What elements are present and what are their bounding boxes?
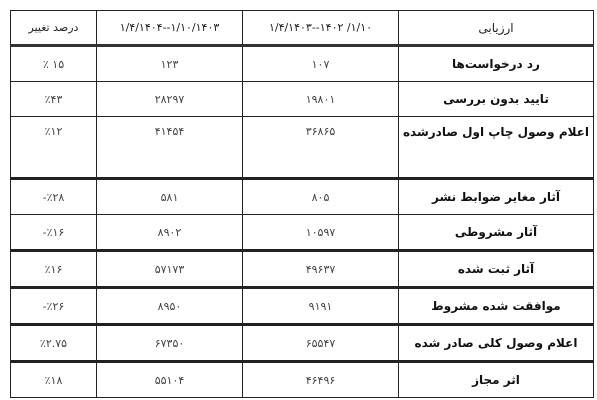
row-period-2-value: ۸۹۰۲ [97,215,243,251]
row-percent-change: ٪۱۶ [11,251,97,288]
row-period-1-value: ۴۹۶۳۷ [243,251,399,288]
table-row: آثار ثبت شده ۴۹۶۳۷ ۵۷۱۷۳ ٪۱۶ [11,251,594,288]
comparison-table-container: ارزیابی ۱/۴/۱۴۰۳--۱۴۰۲ /۱/۱۰ ۱/۴/۱۴۰۴--۱… [10,10,593,398]
row-period-2-value: ۶۷۳۵۰ [97,325,243,362]
row-label: آثار مغایر ضوابط نشر [399,179,594,215]
row-percent-change: -٪۲۶ [11,288,97,325]
row-period-2-value: ۴۱۴۵۴ [97,117,243,179]
row-percent-change: -٪۲۸ [11,179,97,215]
row-period-1-value: ۱۹۸۰۱ [243,82,399,117]
row-label: رد درخواست‌ها [399,46,594,82]
row-period-1-value: ۶۵۵۴۷ [243,325,399,362]
header-period-1: ۱/۴/۱۴۰۳--۱۴۰۲ /۱/۱۰ [243,11,399,46]
row-label: آثار مشروطی [399,215,594,251]
table-header-row: ارزیابی ۱/۴/۱۴۰۳--۱۴۰۲ /۱/۱۰ ۱/۴/۱۴۰۴--۱… [11,11,594,46]
row-period-1-value: ۴۶۴۹۶ [243,362,399,398]
table-row: اعلام وصول چاپ اول صادرشده ۳۶۸۶۵ ۴۱۴۵۴ ٪… [11,117,594,179]
evaluation-comparison-table: ارزیابی ۱/۴/۱۴۰۳--۱۴۰۲ /۱/۱۰ ۱/۴/۱۴۰۴--۱… [10,10,594,398]
row-period-2-value: ۵۷۱۷۳ [97,251,243,288]
table-row: اعلام وصول کلی صادر شده ۶۵۵۴۷ ۶۷۳۵۰ ٪۲.۷… [11,325,594,362]
row-period-2-value: ۵۵۱۰۴ [97,362,243,398]
row-label: آثار ثبت شده [399,251,594,288]
row-label: اعلام وصول چاپ اول صادرشده [399,117,594,179]
row-percent-change: ٪۴۳ [11,82,97,117]
row-label: تایید بدون بررسی [399,82,594,117]
row-period-2-value: ۵۸۱ [97,179,243,215]
table-row: اثر مجاز ۴۶۴۹۶ ۵۵۱۰۴ ٪۱۸ [11,362,594,398]
row-percent-change: ٪ ۱۵ [11,46,97,82]
row-period-1-value: ۸۰۵ [243,179,399,215]
row-label: اثر مجاز [399,362,594,398]
table-row: تایید بدون بررسی ۱۹۸۰۱ ۲۸۲۹۷ ٪۴۳ [11,82,594,117]
row-period-1-value: ۹۱۹۱ [243,288,399,325]
row-period-2-value: ۱۲۳ [97,46,243,82]
header-period-2: ۱/۴/۱۴۰۴--۱/۱۰/۱۴۰۳ [97,11,243,46]
row-percent-change: ٪۱۸ [11,362,97,398]
table-row: موافقت شده مشروط ۹۱۹۱ ۸۹۵۰ -٪۲۶ [11,288,594,325]
table-row: آثار مغایر ضوابط نشر ۸۰۵ ۵۸۱ -٪۲۸ [11,179,594,215]
row-period-1-value: ۱۰۷ [243,46,399,82]
header-evaluation: ارزیابی [399,11,594,46]
row-period-1-value: ۳۶۸۶۵ [243,117,399,179]
table-row: رد درخواست‌ها ۱۰۷ ۱۲۳ ٪ ۱۵ [11,46,594,82]
row-period-1-value: ۱۰۵۹۷ [243,215,399,251]
header-percent-change: درصد تغییر [11,11,97,46]
row-percent-change: ٪۲.۷۵ [11,325,97,362]
table-row: آثار مشروطی ۱۰۵۹۷ ۸۹۰۲ -٪۱۶ [11,215,594,251]
row-percent-change: -٪۱۶ [11,215,97,251]
row-period-2-value: ۸۹۵۰ [97,288,243,325]
row-label: موافقت شده مشروط [399,288,594,325]
row-percent-change: ٪۱۲ [11,117,97,179]
row-period-2-value: ۲۸۲۹۷ [97,82,243,117]
row-label: اعلام وصول کلی صادر شده [399,325,594,362]
